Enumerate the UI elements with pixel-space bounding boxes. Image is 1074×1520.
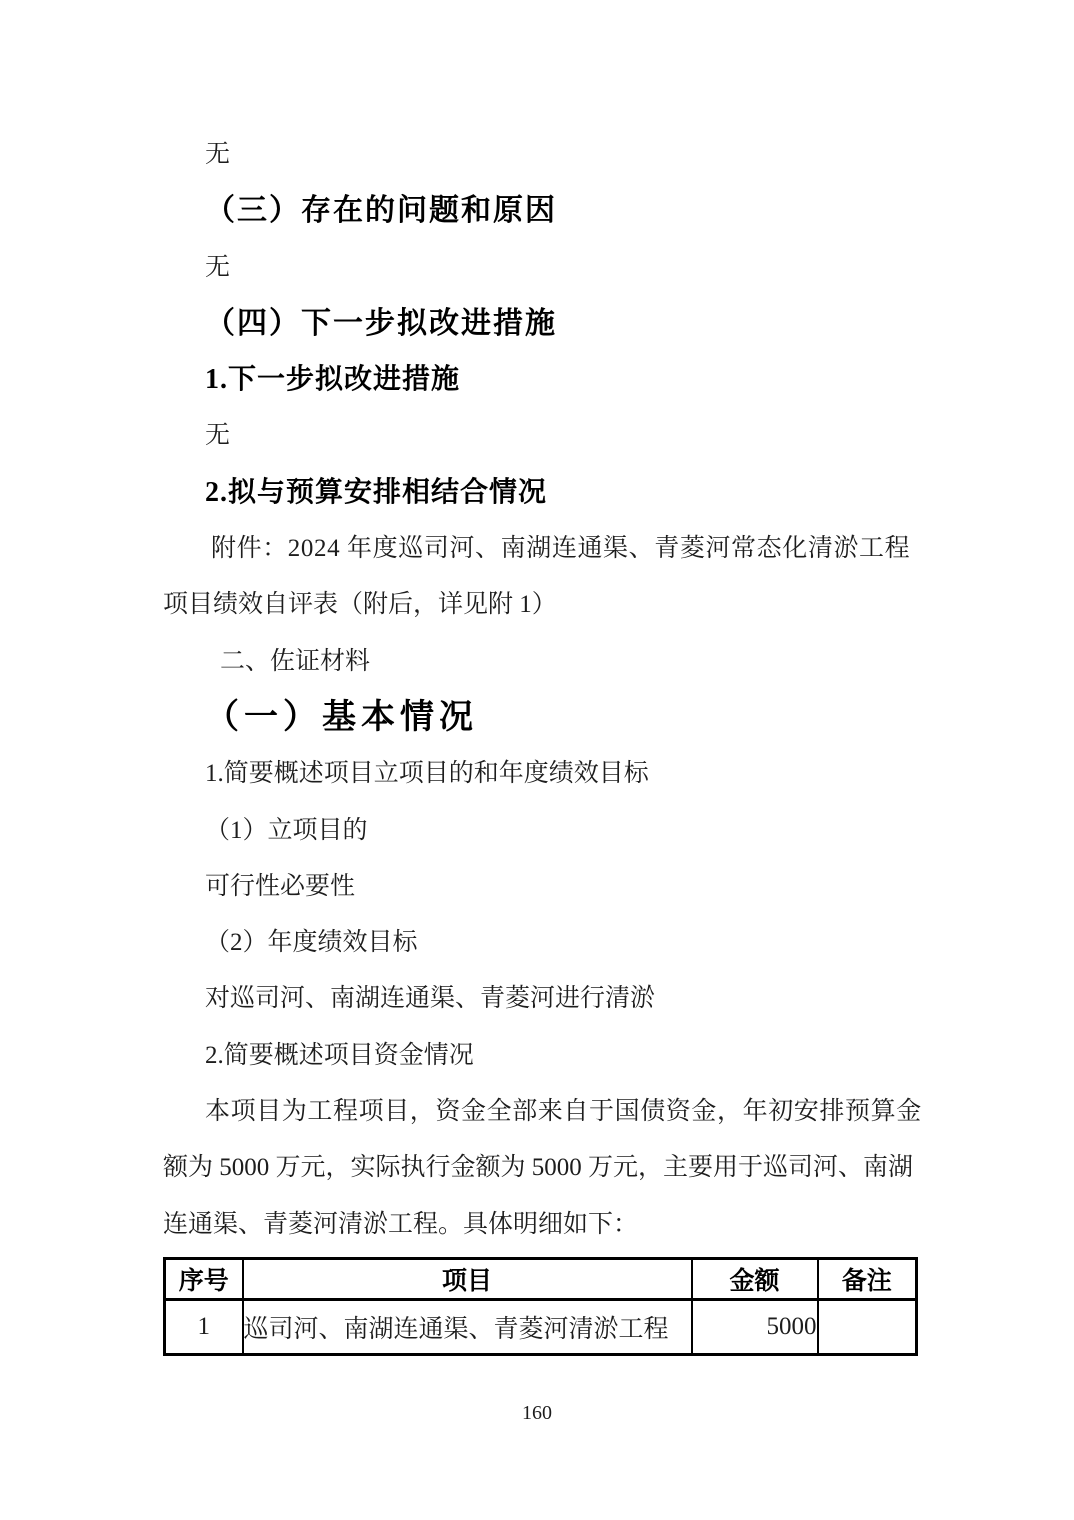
paragraph-funding-line-1: 本项目为工程项目，资金全部来自于国债资金，年初安排预算金 (163, 1084, 905, 1140)
table-cell-remarks (818, 1299, 917, 1354)
document-content: 无 （三）存在的问题和原因 无 （四）下一步拟改进措施 1.下一步拟改进措施 无… (163, 127, 905, 1356)
paragraph-item-2-annual-goal: （2）年度绩效目标 (163, 915, 905, 971)
table-cell-serial-number: 1 (165, 1299, 243, 1354)
funding-table-body: 1 巡司河、南湖连通渠、青菱河清淤工程 5000 (165, 1299, 917, 1354)
table-header-serial-number: 序号 (165, 1258, 243, 1299)
paragraph-attachment-line-2: 项目绩效自评表（附后，详见附 1） (163, 577, 905, 633)
paragraph-attachment-line-1: 附件：2024 年度巡司河、南湖连通渠、青菱河常态化清淤工程 (163, 521, 905, 577)
heading-next-step-measures: （四）下一步拟改进措施 (163, 296, 905, 352)
table-cell-project: 巡司河、南湖连通渠、青菱河清淤工程 (243, 1299, 692, 1354)
paragraph-none-1: 无 (163, 127, 905, 183)
paragraph-none-2: 无 (163, 240, 905, 296)
paragraph-item-1-purpose: （1）立项目的 (163, 803, 905, 859)
heading-problems-and-causes: （三）存在的问题和原因 (163, 183, 905, 239)
paragraph-none-3: 无 (163, 408, 905, 464)
table-header-amount: 金额 (692, 1258, 818, 1299)
subheading-next-step-measures: 1.下一步拟改进措施 (163, 352, 905, 408)
heading-basic-situation: （一）基本情况 (163, 690, 905, 746)
table-cell-amount: 5000 (692, 1299, 818, 1354)
paragraph-project-purpose-goal: 1.简要概述项目立项目的和年度绩效目标 (163, 746, 905, 802)
paragraph-funding-line-2: 额为 5000 万元，实际执行金额为 5000 万元，主要用于巡司河、南湖 (163, 1140, 905, 1196)
funding-detail-table: 序号 项目 金额 备注 1 巡司河、南湖连通渠、青菱河清淤工程 5000 (163, 1257, 918, 1356)
page-number: 160 (0, 1402, 1074, 1425)
funding-table-header: 序号 项目 金额 备注 (165, 1258, 917, 1299)
paragraph-project-funds: 2.简要概述项目资金情况 (163, 1028, 905, 1084)
subheading-budget-combination: 2.拟与预算安排相结合情况 (163, 465, 905, 521)
paragraph-feasibility: 可行性必要性 (163, 859, 905, 915)
paragraph-dredging-target: 对巡司河、南湖连通渠、青菱河进行清淤 (163, 971, 905, 1027)
table-header-project: 项目 (243, 1258, 692, 1299)
paragraph-funding-line-3: 连通渠、青菱河清淤工程。具体明细如下： (163, 1197, 905, 1253)
table-header-remarks: 备注 (818, 1258, 917, 1299)
funding-table-header-row: 序号 项目 金额 备注 (165, 1258, 917, 1299)
table-row: 1 巡司河、南湖连通渠、青菱河清淤工程 5000 (165, 1299, 917, 1354)
heading-supporting-materials: 二、佐证材料 (163, 634, 905, 690)
